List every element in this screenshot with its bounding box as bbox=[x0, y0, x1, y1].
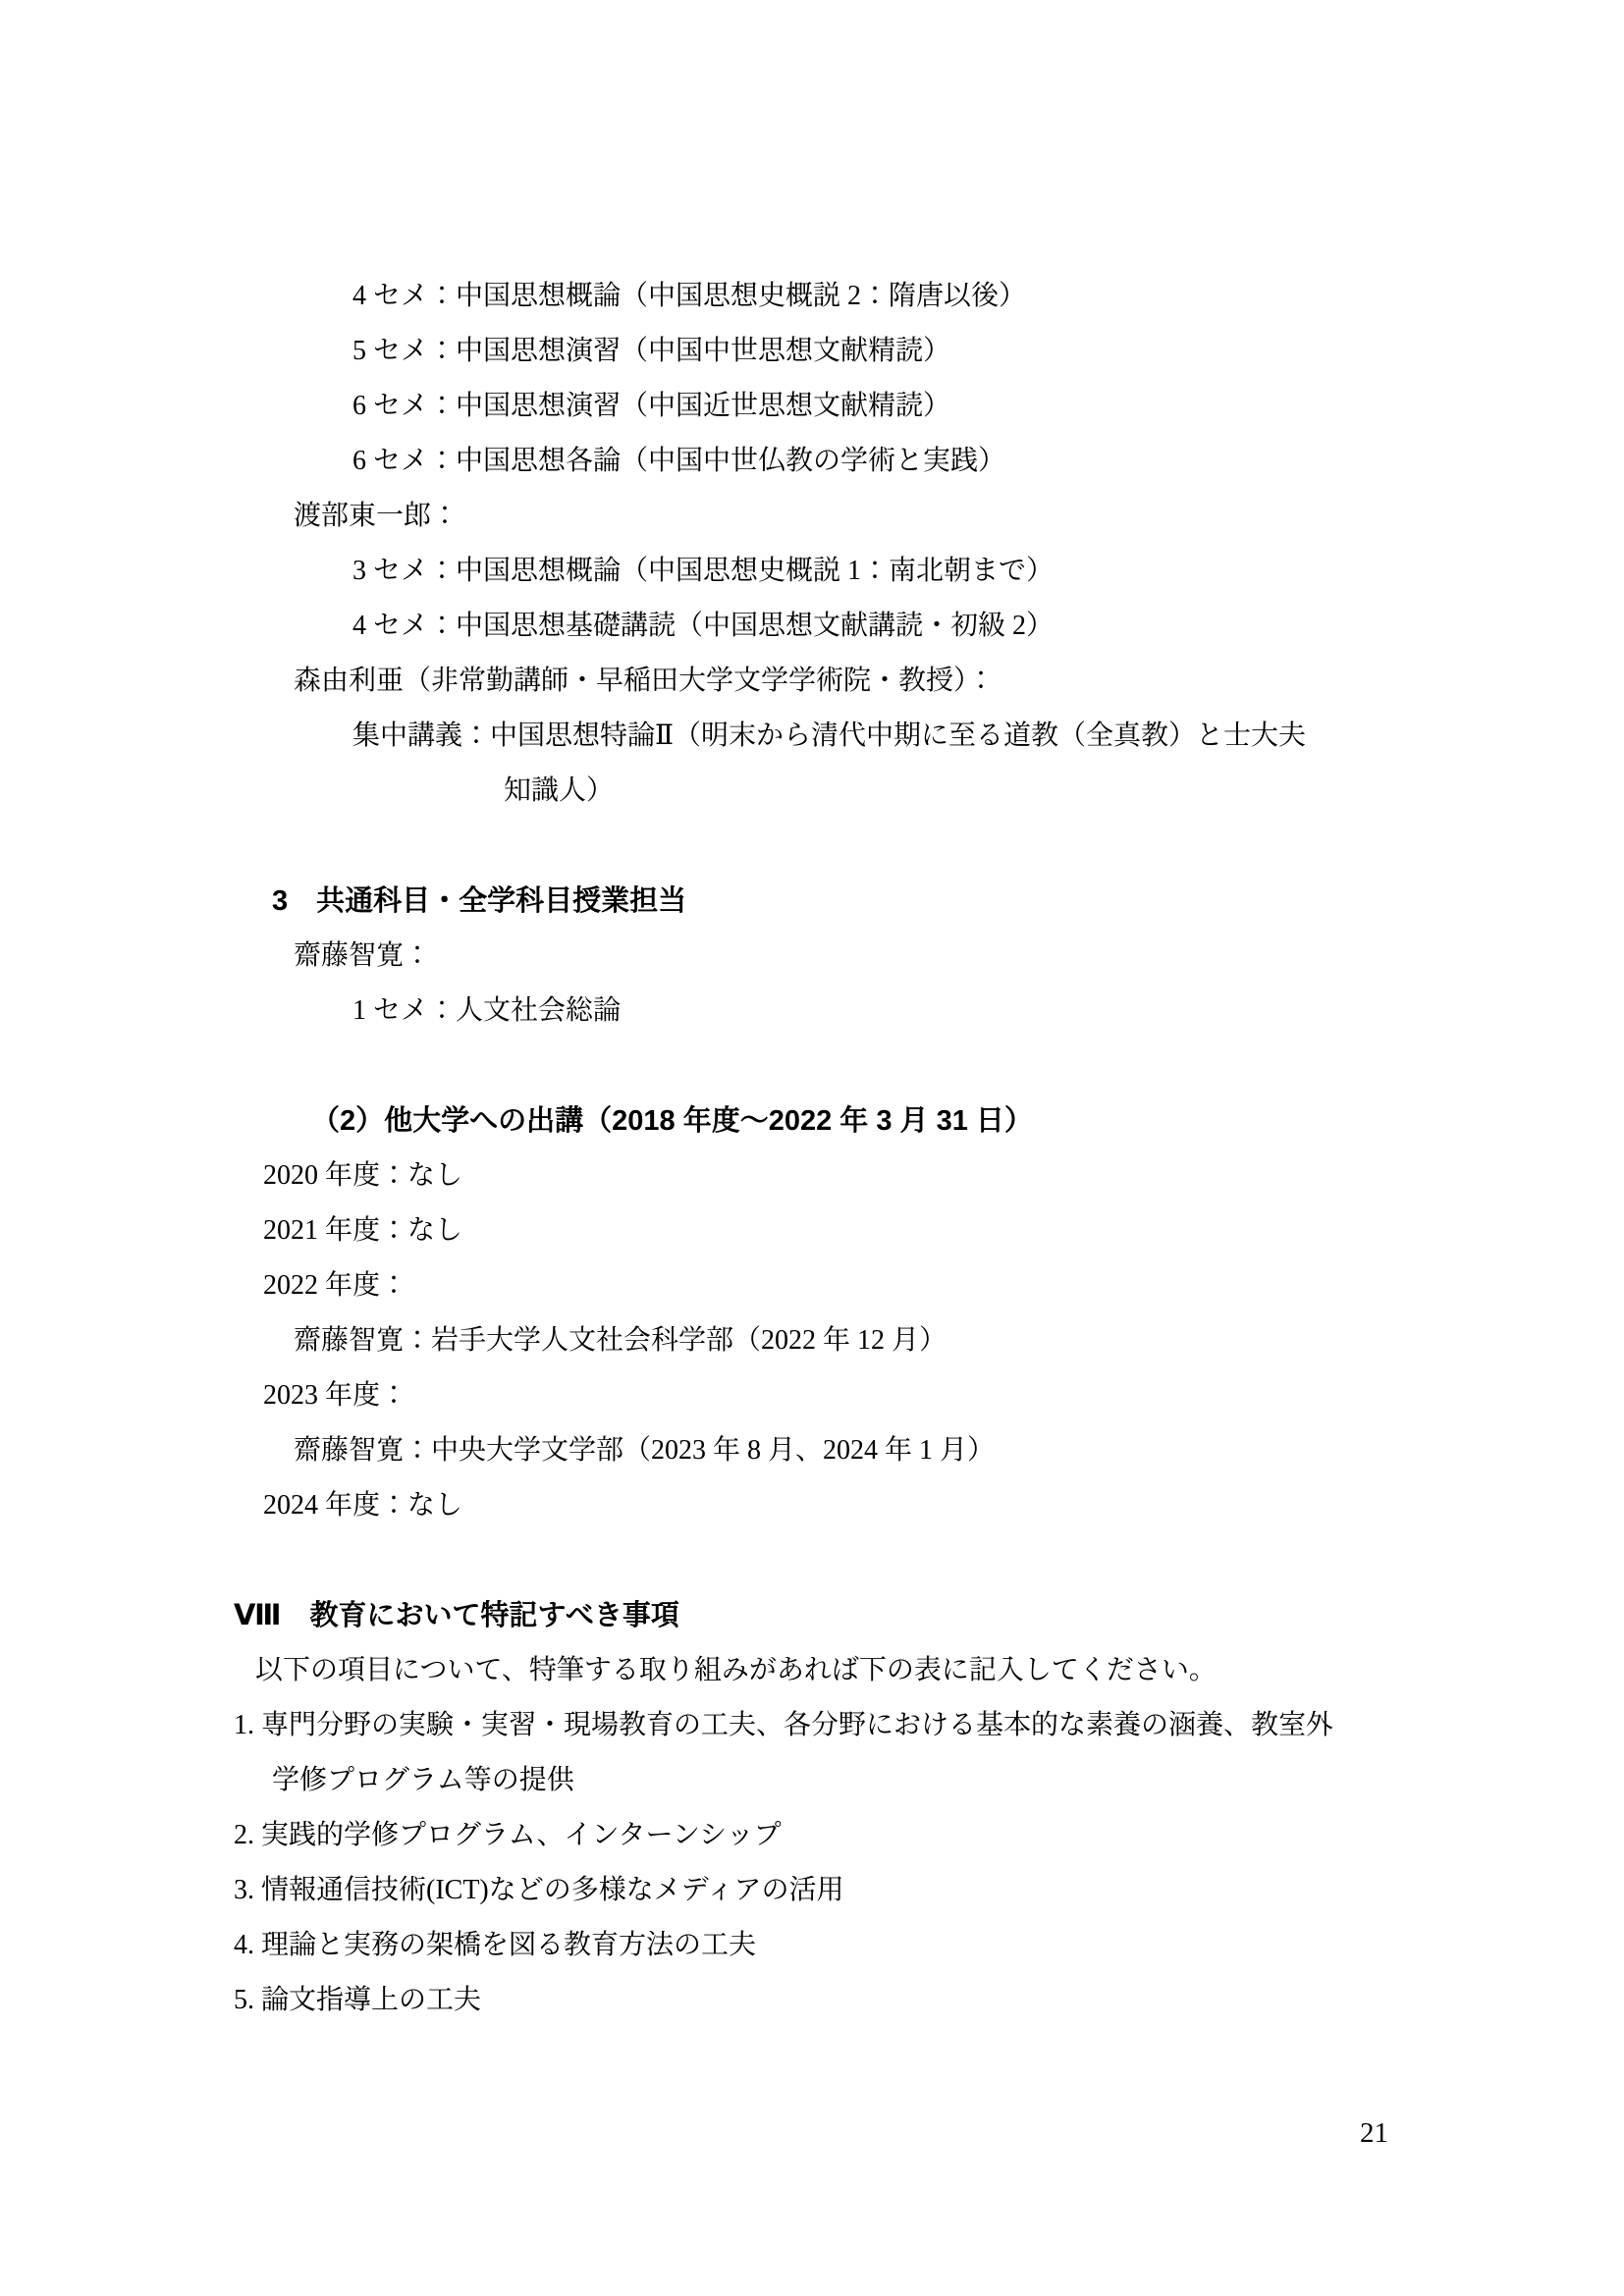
document-page: 4 セメ：中国思想概論（中国思想史概説 2：隋唐以後）5 セメ：中国思想演習（中… bbox=[0, 0, 1624, 2296]
year-line: 2020 年度：なし bbox=[0, 1148, 1624, 1203]
numbered-item: 1. 専門分野の実験・実習・現場教育の工夫、各分野における基本的な素養の涵養、教… bbox=[0, 1698, 1624, 1753]
section-heading: 3 共通科目・全学科目授業担当 bbox=[0, 874, 1624, 929]
course-line: 5 セメ：中国思想演習（中国中世思想文献精読） bbox=[0, 324, 1624, 379]
lecture-line: 齋藤智寛：岩手大学人文社会科学部（2022 年 12 月） bbox=[0, 1313, 1624, 1368]
course-line: 4 セメ：中国思想基礎講読（中国思想文献講読・初級 2） bbox=[0, 599, 1624, 654]
page-number: 21 bbox=[1360, 2118, 1388, 2148]
instructor-line: 齋藤智寛： bbox=[0, 929, 1624, 984]
course-line: 6 セメ：中国思想各論（中国中世仏教の学術と実践） bbox=[0, 434, 1624, 489]
year-line: 2023 年度： bbox=[0, 1368, 1624, 1423]
year-line: 2021 年度：なし bbox=[0, 1203, 1624, 1258]
numbered-item: 4. 理論と実務の架橋を図る教育方法の工夫 bbox=[0, 1918, 1624, 1973]
numbered-item-wrap: 学修プログラム等の提供 bbox=[0, 1753, 1624, 1808]
instructor-line: 森由利亜（非常勤講師・早稲田大学文学学術院・教授）： bbox=[0, 654, 1624, 709]
numbered-item: 3. 情報通信技術(ICT)などの多様なメディアの活用 bbox=[0, 1863, 1624, 1918]
numbered-item: 5. 論文指導上の工夫 bbox=[0, 1973, 1624, 2028]
instructor-line: 渡部東一郎： bbox=[0, 489, 1624, 544]
spacer bbox=[0, 819, 1624, 874]
section-heading: （2）他大学への出講（2018 年度～2022 年 3 月 31 日） bbox=[0, 1094, 1624, 1148]
course-line: 4 セメ：中国思想概論（中国思想史概説 2：隋唐以後） bbox=[0, 269, 1624, 324]
year-line: 2022 年度： bbox=[0, 1258, 1624, 1313]
course-line: 集中講義：中国思想特論Ⅱ（明末から清代中期に至る道教（全真教）と士大夫 bbox=[0, 709, 1624, 764]
course-line-wrap: 知識人） bbox=[0, 764, 1624, 819]
course-line: 1 セメ：人文社会総論 bbox=[0, 984, 1624, 1039]
course-line: 6 セメ：中国思想演習（中国近世思想文献精読） bbox=[0, 379, 1624, 434]
year-line: 2024 年度：なし bbox=[0, 1478, 1624, 1533]
body-line: 以下の項目について、特筆する取り組みがあれば下の表に記入してください。 bbox=[0, 1643, 1624, 1698]
spacer bbox=[0, 1533, 1624, 1588]
numbered-item: 2. 実践的学修プログラム、インターンシップ bbox=[0, 1808, 1624, 1863]
course-line: 3 セメ：中国思想概論（中国思想史概説 1：南北朝まで） bbox=[0, 544, 1624, 599]
spacer bbox=[0, 1039, 1624, 1094]
section-heading: Ⅷ 教育において特記すべき事項 bbox=[0, 1588, 1624, 1643]
document-body: 4 セメ：中国思想概論（中国思想史概説 2：隋唐以後）5 セメ：中国思想演習（中… bbox=[0, 269, 1624, 2028]
lecture-line: 齋藤智寛：中央大学文学部（2023 年 8 月、2024 年 1 月） bbox=[0, 1423, 1624, 1478]
